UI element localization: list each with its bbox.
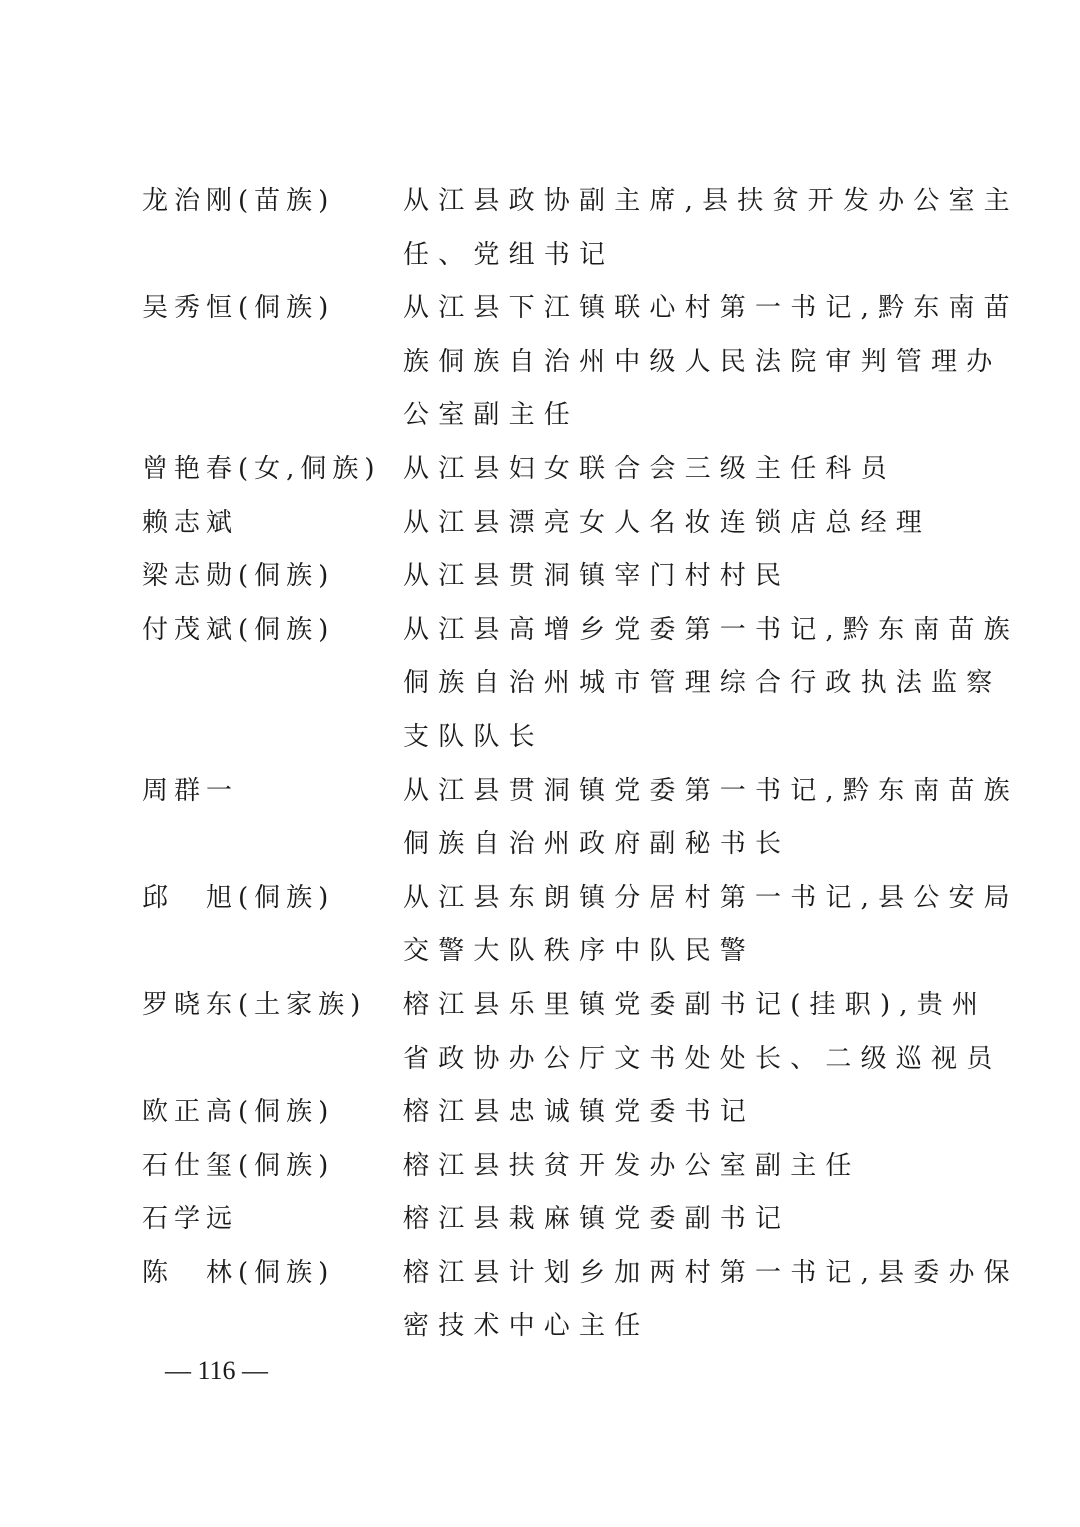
position-line: 侗族自治州政府副秘书长 xyxy=(403,818,943,872)
position-line: 支队队长 xyxy=(403,711,943,765)
list-item: 周群一 从江县贯洞镇党委第一书记,黔东南苗族 侗族自治州政府副秘书长 xyxy=(142,765,942,872)
person-name: 付茂斌(侗族) xyxy=(142,604,403,658)
person-position: 榕江县计划乡加两村第一书记,县委办保 密技术中心主任 xyxy=(403,1247,943,1354)
position-line: 省政协办公厅文书处处长、二级巡视员 xyxy=(403,1033,943,1087)
person-name: 石仕玺(侗族) xyxy=(142,1140,403,1194)
person-name: 陈 林(侗族) xyxy=(142,1247,403,1301)
list-item: 欧正高(侗族) 榕江县忠诚镇党委书记 xyxy=(142,1086,942,1140)
list-item: 赖志斌 从江县漂亮女人名妆连锁店总经理 xyxy=(142,497,942,551)
person-position: 从江县贯洞镇宰门村村民 xyxy=(403,550,943,604)
list-item: 曾艳春(女,侗族) 从江县妇女联合会三级主任科员 xyxy=(142,443,942,497)
person-name: 梁志勋(侗族) xyxy=(142,550,403,604)
person-name: 罗晓东(土家族) xyxy=(142,979,403,1033)
position-line: 公室副主任 xyxy=(403,389,943,443)
personnel-list: 龙治刚(苗族) 从江县政协副主席,县扶贫开发办公室主 任、党组书记 吴秀恒(侗族… xyxy=(142,175,942,1354)
list-item: 龙治刚(苗族) 从江县政协副主席,县扶贫开发办公室主 任、党组书记 xyxy=(142,175,942,282)
position-line: 榕江县计划乡加两村第一书记,县委办保 xyxy=(403,1247,943,1301)
person-name: 欧正高(侗族) xyxy=(142,1086,403,1140)
person-position: 从江县政协副主席,县扶贫开发办公室主 任、党组书记 xyxy=(403,175,943,282)
person-position: 榕江县栽麻镇党委副书记 xyxy=(403,1193,943,1247)
list-item: 石学远 榕江县栽麻镇党委副书记 xyxy=(142,1193,942,1247)
position-line: 榕江县忠诚镇党委书记 xyxy=(403,1086,943,1140)
list-item: 吴秀恒(侗族) 从江县下江镇联心村第一书记,黔东南苗 族侗族自治州中级人民法院审… xyxy=(142,282,942,443)
position-line: 从江县政协副主席,县扶贫开发办公室主 xyxy=(403,175,943,229)
person-position: 从江县贯洞镇党委第一书记,黔东南苗族 侗族自治州政府副秘书长 xyxy=(403,765,943,872)
person-position: 榕江县扶贫开发办公室副主任 xyxy=(403,1140,943,1194)
position-line: 侗族自治州城市管理综合行政执法监察 xyxy=(403,657,943,711)
position-line: 从江县高增乡党委第一书记,黔东南苗族 xyxy=(403,604,943,658)
person-name: 吴秀恒(侗族) xyxy=(142,282,403,336)
person-position: 榕江县乐里镇党委副书记(挂职),贵州 省政协办公厅文书处处长、二级巡视员 xyxy=(403,979,943,1086)
person-position: 从江县下江镇联心村第一书记,黔东南苗 族侗族自治州中级人民法院审判管理办 公室副… xyxy=(403,282,943,443)
position-line: 从江县漂亮女人名妆连锁店总经理 xyxy=(403,497,943,551)
position-line: 从江县贯洞镇宰门村村民 xyxy=(403,550,943,604)
position-line: 从江县贯洞镇党委第一书记,黔东南苗族 xyxy=(403,765,943,819)
list-item: 罗晓东(土家族) 榕江县乐里镇党委副书记(挂职),贵州 省政协办公厅文书处处长、… xyxy=(142,979,942,1086)
position-line: 从江县下江镇联心村第一书记,黔东南苗 xyxy=(403,282,943,336)
document-page: 龙治刚(苗族) 从江县政协副主席,县扶贫开发办公室主 任、党组书记 吴秀恒(侗族… xyxy=(0,0,1080,1527)
person-position: 从江县高增乡党委第一书记,黔东南苗族 侗族自治州城市管理综合行政执法监察 支队队… xyxy=(403,604,943,765)
person-position: 从江县东朗镇分居村第一书记,县公安局 交警大队秩序中队民警 xyxy=(403,872,943,979)
person-name: 赖志斌 xyxy=(142,497,403,551)
person-name: 石学远 xyxy=(142,1193,403,1247)
list-item: 陈 林(侗族) 榕江县计划乡加两村第一书记,县委办保 密技术中心主任 xyxy=(142,1247,942,1354)
position-line: 榕江县乐里镇党委副书记(挂职),贵州 xyxy=(403,979,943,1033)
list-item: 石仕玺(侗族) 榕江县扶贫开发办公室副主任 xyxy=(142,1140,942,1194)
list-item: 梁志勋(侗族) 从江县贯洞镇宰门村村民 xyxy=(142,550,942,604)
list-item: 付茂斌(侗族) 从江县高增乡党委第一书记,黔东南苗族 侗族自治州城市管理综合行政… xyxy=(142,604,942,765)
position-line: 榕江县扶贫开发办公室副主任 xyxy=(403,1140,943,1194)
position-line: 从江县妇女联合会三级主任科员 xyxy=(403,443,943,497)
person-name: 龙治刚(苗族) xyxy=(142,175,403,229)
person-name: 邱 旭(侗族) xyxy=(142,872,403,926)
position-line: 密技术中心主任 xyxy=(403,1300,943,1354)
person-position: 榕江县忠诚镇党委书记 xyxy=(403,1086,943,1140)
person-name: 周群一 xyxy=(142,765,403,819)
position-line: 族侗族自治州中级人民法院审判管理办 xyxy=(403,336,943,390)
person-position: 从江县妇女联合会三级主任科员 xyxy=(403,443,943,497)
list-item: 邱 旭(侗族) 从江县东朗镇分居村第一书记,县公安局 交警大队秩序中队民警 xyxy=(142,872,942,979)
person-name: 曾艳春(女,侗族) xyxy=(142,443,403,497)
position-line: 榕江县栽麻镇党委副书记 xyxy=(403,1193,943,1247)
page-number: — 116 — xyxy=(165,1356,268,1386)
person-position: 从江县漂亮女人名妆连锁店总经理 xyxy=(403,497,943,551)
position-line: 任、党组书记 xyxy=(403,229,943,283)
position-line: 从江县东朗镇分居村第一书记,县公安局 xyxy=(403,872,943,926)
position-line: 交警大队秩序中队民警 xyxy=(403,925,943,979)
